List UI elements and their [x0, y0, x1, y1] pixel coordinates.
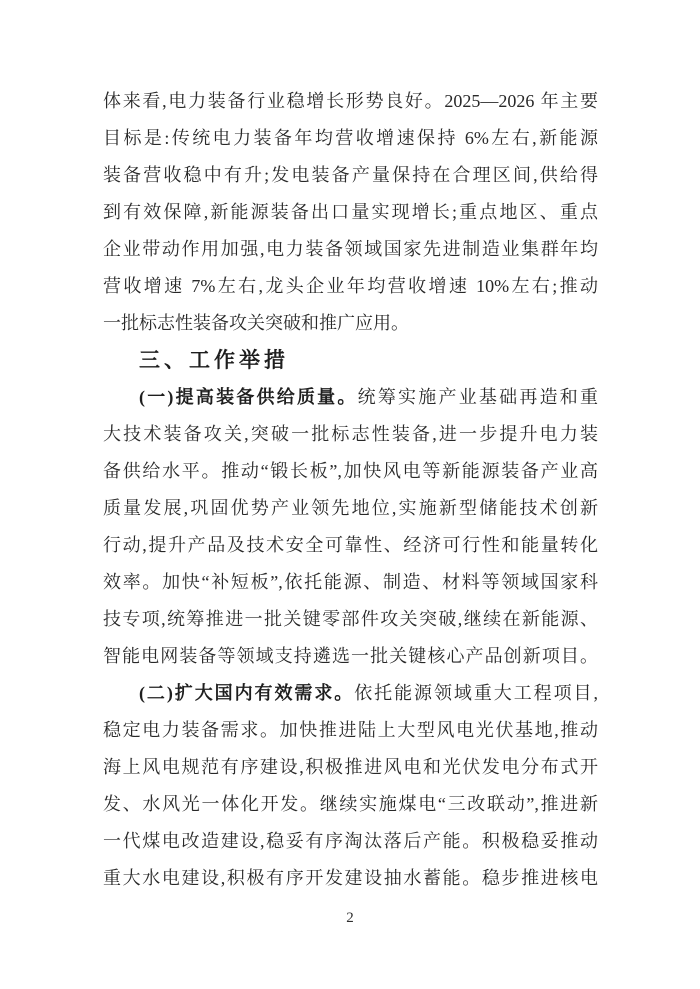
text-line: 行动,提升产品及技术安全可靠性、经济可行性和能量转化 — [103, 527, 598, 564]
text-line: 海上风电规范有序建设,积极推进风电和光伏发电分布式开 — [103, 749, 598, 786]
text-line: (二)扩大国内有效需求。依托能源领域重大工程项目, — [103, 675, 598, 712]
text-line: 到有效保障,新能源装备出口量实现增长;重点地区、重点 — [103, 194, 598, 231]
text-line: 装备营收稳中有升;发电装备产量保持在合理区间,供给得 — [103, 157, 598, 194]
text-line: 体来看,电力装备行业稳增长形势良好。2025—2026 年主要 — [103, 83, 598, 120]
text-line: 智能电网装备等领域支持遴选一批关键核心产品创新项目。 — [103, 638, 598, 675]
text-line: 备供给水平。推动“锻长板”,加快风电等新能源装备产业高 — [103, 453, 598, 490]
page-number: 2 — [0, 910, 700, 927]
text-line: 质量发展,巩固优势产业领先地位,实施新型储能技术创新 — [103, 490, 598, 527]
paragraph-text: 依托能源领域重大工程项目, — [354, 683, 598, 703]
text-line: 目标是:传统电力装备年均营收增速保持 6%左右,新能源 — [103, 120, 598, 157]
text-line: 效率。加快“补短板”,依托能源、制造、材料等领域国家科 — [103, 564, 598, 601]
text-line: 技专项,统筹推进一批关键零部件攻关突破,继续在新能源、 — [103, 601, 598, 638]
text-line: 重大水电建设,积极有序开发建设抽水蓄能。稳步推进核电 — [103, 860, 598, 897]
text-line: 发、水风光一体化开发。继续实施煤电“三改联动”,推进新 — [103, 786, 598, 823]
paragraph-lead: (二)扩大国内有效需求。 — [139, 683, 354, 703]
paragraph-text: 统筹实施产业基础再造和重 — [358, 387, 598, 407]
text-line: 一批标志性装备攻关突破和推广应用。 — [103, 305, 598, 342]
text-line: 一代煤电改造建设,稳妥有序淘汰落后产能。积极稳妥推动 — [103, 823, 598, 860]
text-line: 稳定电力装备需求。加快推进陆上大型风电光伏基地,推动 — [103, 712, 598, 749]
paragraph-lead: (一)提高装备供给质量。 — [139, 387, 358, 407]
text-line: 营收增速 7%左右,龙头企业年均营收增速 10%左右;推动 — [103, 268, 598, 305]
text-line: 大技术装备攻关,突破一批标志性装备,进一步提升电力装 — [103, 416, 598, 453]
text-line: 企业带动作用加强,电力装备领域国家先进制造业集群年均 — [103, 231, 598, 268]
text-lines: 体来看,电力装备行业稳增长形势良好。2025—2026 年主要目标是:传统电力装… — [103, 83, 598, 897]
text-line: (一)提高装备供给质量。统筹实施产业基础再造和重 — [103, 379, 598, 416]
section-heading: 三、工作举措 — [103, 342, 598, 379]
document-page: 体来看,电力装备行业稳增长形势良好。2025—2026 年主要目标是:传统电力装… — [0, 0, 700, 989]
